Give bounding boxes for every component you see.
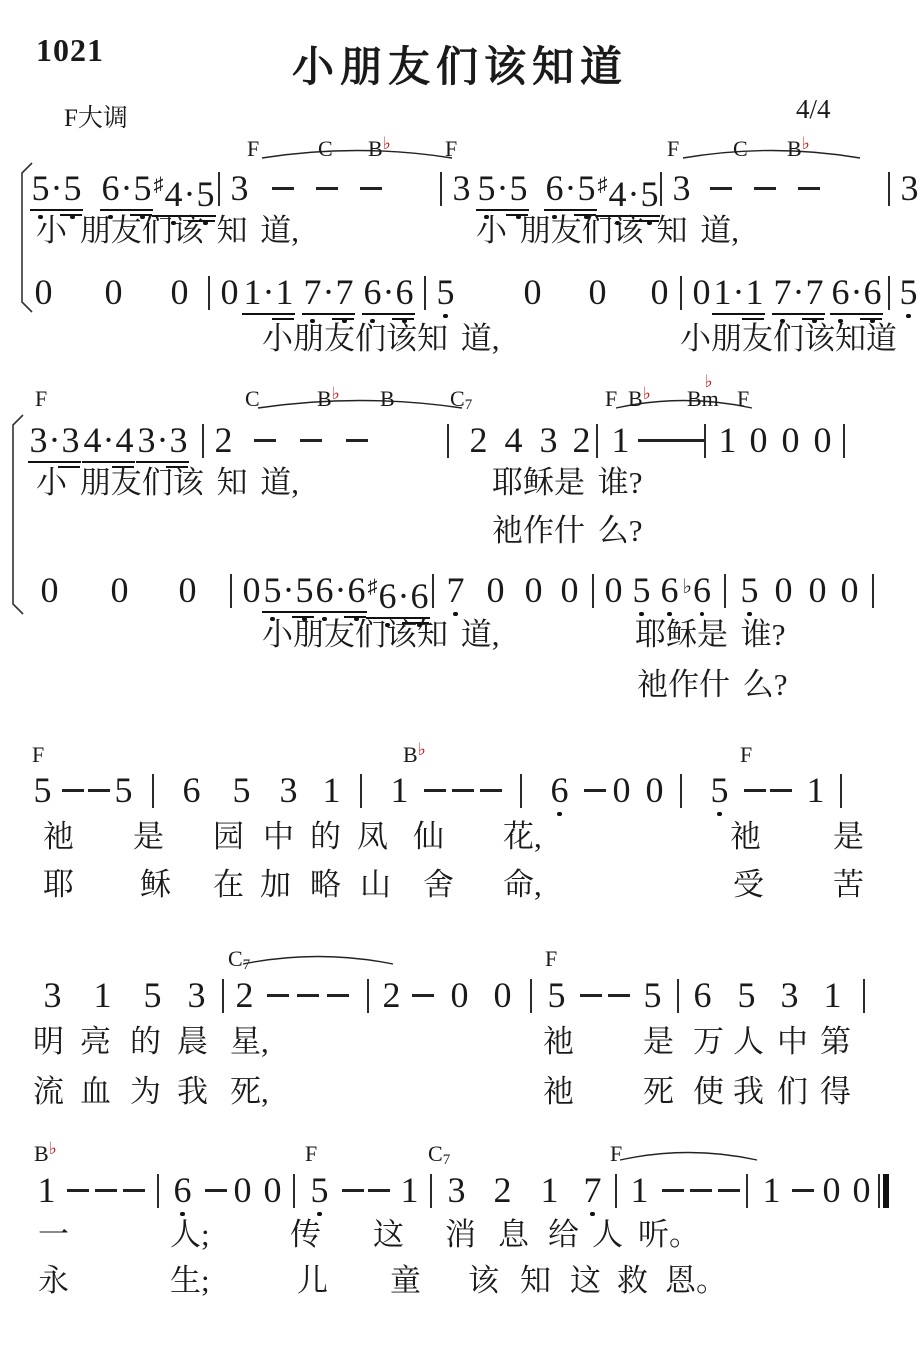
barline	[367, 979, 369, 1013]
octave-dot	[906, 314, 911, 319]
note-digit: 2	[573, 422, 591, 458]
duration-dash	[710, 187, 732, 190]
lyric-text: 童	[390, 1264, 421, 1298]
lyric-text: 们	[777, 1075, 808, 1109]
duration-dash	[342, 1189, 364, 1192]
note: 3	[452, 170, 471, 206]
lyric-text: 花,	[503, 820, 542, 854]
note-digit: 0	[775, 572, 793, 608]
chord-label: B♭	[34, 1143, 57, 1167]
note-digit: 5	[296, 572, 314, 608]
lyric-text: 受	[733, 868, 764, 902]
note: 1	[322, 772, 341, 808]
barline	[530, 979, 532, 1013]
lyric-text: 听。	[638, 1218, 700, 1252]
lyric-text: 是	[833, 820, 864, 854]
note: 1	[540, 1172, 559, 1208]
dot-of-rhythm: ·	[398, 578, 410, 614]
note-digit: 6	[411, 578, 429, 614]
note: 5	[740, 572, 759, 608]
note: 3	[672, 170, 691, 206]
duration-dash	[638, 439, 660, 442]
note: 0	[242, 572, 261, 608]
accidental: ♯	[598, 167, 608, 203]
barline	[596, 424, 598, 458]
barline	[440, 172, 442, 206]
duration-dash	[424, 789, 446, 792]
lyric-text: 息	[498, 1218, 529, 1252]
octave-dot	[700, 612, 705, 617]
second-beam	[392, 318, 414, 321]
duration-dash	[95, 1189, 117, 1192]
note-digit: 5	[437, 274, 455, 310]
note: 0	[822, 1172, 841, 1208]
barline	[863, 979, 865, 1013]
note-digit: 1	[824, 977, 842, 1013]
lyric-text: 血	[80, 1075, 111, 1109]
beamed-note-group: 6·5	[544, 170, 597, 211]
sheet-music-page: 1021 小朋友们该知道 F大调 4/4 FCB♭FFCB♭FCB♭BC7FB♭…	[0, 0, 920, 1347]
lyric-text: 小 朋友们该 知 道,	[36, 466, 299, 500]
note: 0	[650, 274, 669, 310]
note-digit: 0	[589, 274, 607, 310]
note-digit: 1	[631, 1172, 649, 1208]
duration-dash	[254, 439, 276, 442]
lyric-text: 祂	[543, 1075, 574, 1109]
note-digit: 0	[105, 274, 123, 310]
note-digit: 6	[348, 572, 366, 608]
lyric-text: 稣	[140, 868, 171, 902]
beam: 4·4	[82, 422, 135, 463]
note: 0	[808, 572, 827, 608]
lyric-text: 一	[38, 1218, 69, 1252]
lyric-text: 人	[733, 1025, 764, 1059]
dot-of-rhythm: ·	[335, 572, 347, 608]
barline	[432, 574, 434, 608]
barline	[843, 424, 845, 458]
note-digit: 3	[448, 1172, 466, 1208]
beam: 1·1	[242, 274, 295, 315]
lyric-text: 祂	[43, 820, 74, 854]
note-digit: 6	[174, 1172, 192, 1208]
lyric-row: 流血为我死,祂死使我们得	[0, 1075, 920, 1115]
lyric-text: 小朋友们该知道	[680, 322, 897, 356]
barline	[704, 424, 706, 458]
note-digit: 0	[646, 772, 664, 808]
note-digit: 1	[763, 1172, 781, 1208]
barline	[615, 1174, 617, 1208]
lyric-text: 亮	[80, 1025, 111, 1059]
note: 3	[780, 977, 799, 1013]
beam: ♯4·5	[596, 176, 660, 217]
duration-dash	[682, 439, 704, 442]
note-digit: 0	[35, 274, 53, 310]
beamed-note-group: 5·5	[262, 572, 315, 613]
note: 0	[493, 977, 512, 1013]
barline	[888, 276, 890, 310]
note-digit: 0	[561, 572, 579, 608]
second-beam	[802, 318, 824, 321]
note: 1	[390, 772, 409, 808]
duration-dash	[360, 187, 382, 190]
note-digit: 1	[323, 772, 341, 808]
beamed-note-group: 6·6	[314, 572, 367, 613]
note-row: 556531160051	[0, 772, 920, 818]
note-digit: 0	[782, 422, 800, 458]
lyric-text: 人	[592, 1218, 623, 1252]
beamed-note-group: 6·6	[362, 274, 415, 315]
note-digit: 0	[693, 274, 711, 310]
note: 0	[104, 274, 123, 310]
lyric-row: 永生;儿童该知这救恩。	[0, 1264, 920, 1304]
note-digit: 2	[494, 1172, 512, 1208]
note-digit: 5	[711, 772, 729, 808]
time-signature: 4/4	[796, 94, 831, 125]
lyric-row: 祂是园中的凤仙花,祂是	[0, 820, 920, 860]
lyric-text: 仙	[413, 820, 444, 854]
note-digit: 0	[41, 572, 59, 608]
chord-label: B♭	[368, 138, 391, 162]
note-digit: 3	[170, 422, 188, 458]
octave-dot	[747, 612, 752, 617]
beam: 1·1	[712, 274, 765, 315]
lyric-text: 祂	[543, 1025, 574, 1059]
lyric-text: 命,	[503, 868, 542, 902]
barline	[660, 172, 662, 206]
chord-label: F	[247, 138, 259, 160]
note-digit: 3	[280, 772, 298, 808]
note: 5	[33, 772, 52, 808]
note: 2	[214, 422, 233, 458]
note: 0	[692, 274, 711, 310]
note: 0	[612, 772, 631, 808]
lyric-text: 园	[213, 820, 244, 854]
beam: ♯6·6	[366, 578, 430, 619]
octave-dot	[443, 314, 448, 319]
lyric-text: 该	[468, 1264, 499, 1298]
note-digit: 1	[276, 274, 294, 310]
note: 5	[310, 1172, 329, 1208]
barline	[360, 774, 362, 808]
note: 6	[182, 772, 201, 808]
note-digit: 3	[453, 170, 471, 206]
note: 6	[550, 772, 569, 808]
chord-label: C	[733, 138, 748, 160]
note-digit: 0	[451, 977, 469, 1013]
note-digit: 3	[540, 422, 558, 458]
note: 6	[173, 1172, 192, 1208]
duration-dash	[452, 789, 474, 792]
barline	[724, 574, 726, 608]
note-digit: 7	[584, 1172, 602, 1208]
note: 0	[604, 572, 623, 608]
note-digit: 0	[264, 1172, 282, 1208]
lyric-text: 是	[133, 820, 164, 854]
note-digit: 0	[809, 572, 827, 608]
note-digit: 5	[900, 274, 918, 310]
dot-of-rhythm: ·	[121, 170, 133, 206]
note-digit: 0	[221, 274, 239, 310]
note-digit: 6	[396, 274, 414, 310]
note: 3	[279, 772, 298, 808]
duration-dash	[754, 187, 776, 190]
octave-dot	[557, 812, 562, 817]
beam: 7·7	[302, 274, 355, 315]
beamed-note-group: 5·5	[30, 170, 83, 211]
lyric-text: 知	[520, 1264, 551, 1298]
note-digit: 6	[694, 977, 712, 1013]
note-digit: 7	[447, 572, 465, 608]
note-digit: 4	[165, 176, 183, 212]
dot-of-rhythm: ·	[49, 422, 61, 458]
note-row: 5·56·5♯4·5335·56·5♯4·533	[0, 170, 920, 216]
note-digit: 3	[231, 170, 249, 206]
duration-dash	[660, 439, 682, 442]
note-digit: 0	[243, 572, 261, 608]
slur-arc	[258, 401, 462, 409]
barline	[592, 574, 594, 608]
note: 5	[737, 977, 756, 1013]
barline	[152, 774, 154, 808]
note-digit: 4	[505, 422, 523, 458]
dot-of-rhythm: ·	[497, 170, 509, 206]
chord-label: F	[667, 138, 679, 160]
barline	[424, 276, 426, 310]
lyric-text: 舍	[423, 868, 454, 902]
lyric-text: 耶稣是 谁?	[492, 466, 643, 500]
beamed-note-group: 5·5	[476, 170, 529, 211]
barline	[430, 1174, 432, 1208]
duration-dash	[480, 789, 502, 792]
duration-dash	[300, 439, 322, 442]
duration-dash	[316, 187, 338, 190]
note: 0	[523, 274, 542, 310]
note: 0	[813, 422, 832, 458]
note-digit: 6	[364, 274, 382, 310]
barline	[746, 1174, 748, 1208]
barline	[447, 424, 449, 458]
note: 5	[643, 977, 662, 1013]
note-digit: 4	[84, 422, 102, 458]
note-digit: 1	[401, 1172, 419, 1208]
note-digit: 0	[171, 274, 189, 310]
duration-dash	[770, 789, 792, 792]
chord-label: F	[740, 744, 752, 766]
flat-sign: ♭	[802, 134, 810, 153]
duration-dash	[584, 789, 606, 792]
chord-label: C	[245, 388, 260, 410]
barline	[520, 774, 522, 808]
note: 5	[114, 772, 133, 808]
accidental: ♯	[154, 167, 164, 203]
chord-seventh: 7	[443, 1152, 451, 1168]
note-digit: 1	[719, 422, 737, 458]
lyric-text: 苦	[833, 868, 864, 902]
chord-label: F	[305, 1143, 317, 1165]
octave-dot	[717, 812, 722, 817]
lyric-text: 这	[373, 1218, 404, 1252]
octave-dot	[590, 1212, 595, 1217]
note: 5	[436, 274, 455, 310]
note: 1	[823, 977, 842, 1013]
lyric-text: 略	[310, 868, 341, 902]
note-digit: 5	[144, 977, 162, 1013]
lyric-text: 的	[310, 820, 341, 854]
lyric-row: 小 朋友们该 知 道,耶稣是 谁?	[0, 466, 920, 506]
note: 0	[178, 572, 197, 608]
lyric-row: 一人;传这消息给人听。	[0, 1218, 920, 1258]
note: 1	[718, 422, 737, 458]
second-beam	[742, 318, 764, 321]
note-digit: 0	[111, 572, 129, 608]
dot-of-rhythm: ·	[103, 422, 115, 458]
lyric-text: 在	[213, 868, 244, 902]
lyric-row: 祂作什 么?	[0, 514, 920, 554]
duration-dash	[62, 789, 84, 792]
dot-of-rhythm: ·	[851, 274, 863, 310]
lyric-text: 这	[570, 1264, 601, 1298]
lyric-row: 耶稣在加略山舍命,受苦	[0, 868, 920, 908]
note: 2	[572, 422, 591, 458]
duration-dash	[792, 1189, 814, 1192]
second-beam	[332, 318, 354, 321]
beamed-note-group: 6·5	[100, 170, 153, 211]
note: 3	[539, 422, 558, 458]
lyric-text: 山	[360, 868, 391, 902]
barline	[888, 172, 890, 206]
octave-dot	[639, 612, 644, 617]
flat-sign: ♭	[49, 1139, 57, 1158]
note-row: 16005132171100	[0, 1172, 920, 1218]
beam: 7·7	[772, 274, 825, 315]
note: ♭6	[682, 572, 711, 614]
lyric-text: 小朋友们该知 道,	[262, 322, 500, 356]
note: 6	[660, 572, 679, 608]
lyric-text: 给	[548, 1218, 579, 1252]
duration-dash	[267, 994, 289, 997]
note: 0	[263, 1172, 282, 1208]
lyric-text: 死	[643, 1075, 674, 1109]
chord-label: Bm♭	[687, 388, 719, 410]
lyric-text: 人;	[170, 1218, 210, 1252]
duration-dash	[718, 1189, 740, 1192]
note-digit: 3	[188, 977, 206, 1013]
lyric-text: 加	[260, 868, 291, 902]
note-digit: 0	[853, 1172, 871, 1208]
duration-dash	[412, 994, 434, 997]
duration-dash	[205, 1189, 227, 1192]
duration-dash	[368, 1189, 390, 1192]
note-digit: 2	[470, 422, 488, 458]
note: 1	[806, 772, 825, 808]
lyric-text: 恩。	[665, 1264, 727, 1298]
lyric-text: 小 朋友们该 知 道,	[36, 214, 299, 248]
chord-label: F	[605, 388, 617, 410]
note: 5	[710, 772, 729, 808]
note-digit: 5	[644, 977, 662, 1013]
beamed-note-group: 7·7	[772, 274, 825, 315]
dot-of-rhythm: ·	[793, 274, 805, 310]
note: 0	[560, 572, 579, 608]
barline	[872, 574, 874, 608]
note: 6	[693, 977, 712, 1013]
note: 7	[446, 572, 465, 608]
note-digit: 6	[551, 772, 569, 808]
barline	[680, 774, 682, 808]
dot-of-rhythm: ·	[51, 170, 63, 206]
note-digit: 7	[806, 274, 824, 310]
chord-label: F	[35, 388, 47, 410]
note-digit: 0	[613, 772, 631, 808]
flat-sign: ♭	[332, 384, 340, 403]
lyric-text: 祂	[730, 820, 761, 854]
duration-dash	[690, 1189, 712, 1192]
note-digit: 5	[641, 176, 659, 212]
note: 0	[40, 572, 59, 608]
lyric-text: 小 朋友们该 知 道,	[476, 214, 739, 248]
note-digit: 0	[814, 422, 832, 458]
lyric-text: 中	[263, 820, 294, 854]
duration-dash	[798, 187, 820, 190]
note-digit: 5	[633, 572, 651, 608]
lyric-text: 晨	[177, 1025, 208, 1059]
octave-dot	[667, 612, 672, 617]
lyric-text: 祂作什 么?	[492, 514, 643, 548]
flat-sign: ♭	[383, 134, 391, 153]
note: 3	[447, 1172, 466, 1208]
note: 1	[93, 977, 112, 1013]
note: 2	[469, 422, 488, 458]
lyric-text: 小朋友们该知 道,	[262, 618, 500, 652]
slur-arc	[262, 151, 452, 159]
accidental: ♭	[683, 569, 692, 605]
lyric-row: 明亮的晨星,祂是万人中第	[0, 1025, 920, 1065]
dot-of-rhythm: ·	[157, 422, 169, 458]
note: 5	[899, 274, 918, 310]
note: 3	[187, 977, 206, 1013]
dot-of-rhythm: ·	[323, 274, 335, 310]
note: 0	[840, 572, 859, 608]
accidental: ♯	[368, 569, 378, 605]
note-digit: 2	[236, 977, 254, 1013]
note-digit: 1	[38, 1172, 56, 1208]
note-digit: 1	[391, 772, 409, 808]
dot-of-rhythm: ·	[628, 176, 640, 212]
note-digit: 1	[541, 1172, 559, 1208]
lyric-text: 耶	[43, 868, 74, 902]
note-digit: 0	[179, 572, 197, 608]
beamed-note-group: 3·3	[28, 422, 81, 463]
lyric-text: 耶稣是 谁?	[635, 618, 786, 652]
final-barline	[878, 1174, 889, 1208]
chord-label: C7	[428, 1143, 450, 1168]
beam: 5·5	[30, 170, 83, 211]
duration-dash	[88, 789, 110, 792]
note: 5	[232, 772, 251, 808]
note-digit: 6	[864, 274, 882, 310]
note-digit: 6	[102, 170, 120, 206]
note-digit: 0	[234, 1172, 252, 1208]
note: 2	[493, 1172, 512, 1208]
note-digit: 5	[34, 772, 52, 808]
beam: ♯4·5	[152, 176, 216, 217]
dot-of-rhythm: ·	[733, 274, 745, 310]
lyric-text: 中	[777, 1025, 808, 1059]
note-digit: 0	[494, 977, 512, 1013]
beamed-note-group: 4·4	[82, 422, 135, 463]
chord-seventh: 7	[465, 397, 473, 413]
octave-dot	[453, 612, 458, 617]
